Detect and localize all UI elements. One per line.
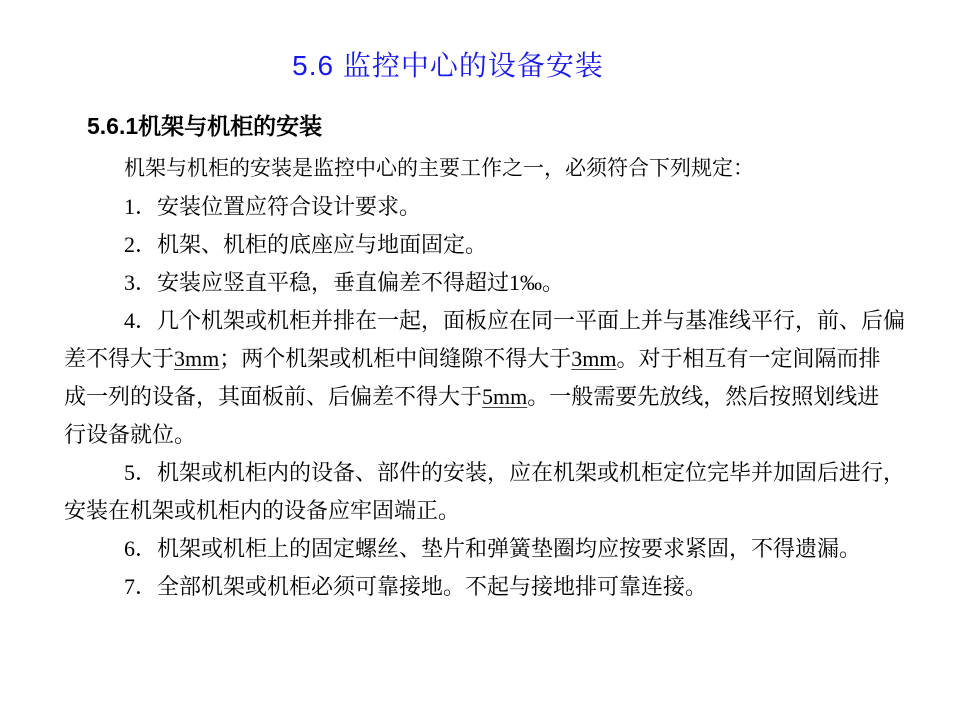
underlined-text: 5mm: [482, 384, 527, 409]
body-line: 3．安装应竖直平稳，垂直偏差不得超过1‰。: [64, 264, 920, 302]
page-title: 5.6 监控中心的设备安装: [0, 50, 896, 82]
body-line: 成一列的设备，其面板前、后偏差不得大于5mm。一般需要先放线，然后按照划线进: [64, 378, 920, 416]
body-line: 安装在机架或机柜内的设备应牢固端正。: [64, 492, 920, 530]
text-segment: 行设备就位。: [64, 422, 196, 447]
text-segment: 成一列的设备，其面板前、后偏差不得大于: [64, 384, 482, 409]
body-line: 4．几个机架或机柜并排在一起，面板应在同一平面上并与基准线平行，前、后偏: [64, 302, 920, 340]
text-segment: 。一般需要先放线，然后按照划线进: [527, 384, 879, 409]
body-line: 5．机架或机柜内的设备、部件的安装，应在机架或机柜定位完毕并加固后进行，: [64, 454, 920, 492]
text-segment: 6．机架或机柜上的固定螺丝、垫片和弹簧垫圈均应按要求紧固，不得遗漏。: [124, 536, 861, 561]
text-segment: 。对于相互有一定间隔而排: [617, 346, 881, 371]
underlined-text: 3mm: [571, 346, 616, 371]
text-segment: 3．安装应竖直平稳，垂直偏差不得超过1‰。: [124, 270, 564, 295]
text-segment: 5．机架或机柜内的设备、部件的安装，应在机架或机柜定位完毕并加固后进行，: [124, 460, 905, 485]
text-segment: 差不得大于: [64, 346, 174, 371]
underlined-text: 3mm: [174, 346, 219, 371]
body-line: 2．机架、机柜的底座应与地面固定。: [64, 226, 920, 264]
text-segment: ；两个机架或机柜中间缝隙不得大于: [219, 346, 571, 371]
slide: 5.6 监控中心的设备安装 5.6.1机架与机柜的安装 机架与机柜的安装是监控中…: [0, 0, 960, 720]
text-segment: 安装在机架或机柜内的设备应牢固端正。: [64, 498, 460, 523]
text-segment: 机架与机柜的安装是监控中心的主要工作之一，必须符合下列规定：: [124, 157, 754, 180]
text-segment: 1．安装位置应符合设计要求。: [124, 194, 421, 219]
text-segment: 2．机架、机柜的底座应与地面固定。: [124, 232, 487, 257]
body-line: 差不得大于3mm；两个机架或机柜中间缝隙不得大于3mm。对于相互有一定间隔而排: [64, 340, 920, 378]
body-line: 7．全部机架或机柜必须可靠接地。不起与接地排可靠连接。: [64, 568, 920, 606]
text-segment: 4．几个机架或机柜并排在一起，面板应在同一平面上并与基准线平行，前、后偏: [124, 308, 905, 333]
body-line: 机架与机柜的安装是监控中心的主要工作之一，必须符合下列规定：: [64, 150, 920, 188]
section-heading: 5.6.1机架与机柜的安装: [87, 112, 322, 140]
body-line: 行设备就位。: [64, 416, 920, 454]
body-text: 机架与机柜的安装是监控中心的主要工作之一，必须符合下列规定：1．安装位置应符合设…: [64, 150, 920, 606]
body-line: 1．安装位置应符合设计要求。: [64, 188, 920, 226]
text-segment: 7．全部机架或机柜必须可靠接地。不起与接地排可靠连接。: [124, 574, 707, 599]
body-line: 6．机架或机柜上的固定螺丝、垫片和弹簧垫圈均应按要求紧固，不得遗漏。: [64, 530, 920, 568]
